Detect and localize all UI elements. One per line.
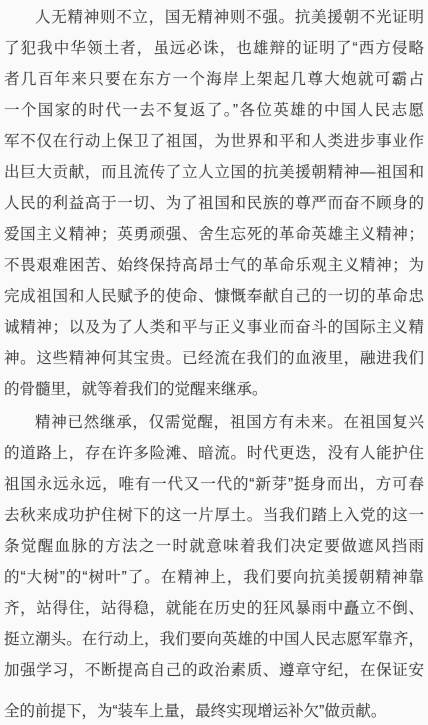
text-line: 祖国永远永远，唯有一代又一代的“新芽”挺身而出，方可春 <box>4 469 424 500</box>
text-line: 完成祖国和人民赋予的使命、慷慨奉献自己的一切的革命忠 <box>4 281 424 312</box>
text-line: 军不仅在行动上保卫了祖国，为世界和平和人类进步事业作 <box>4 126 424 157</box>
text-line: 的道路上，存在许多险滩、暗流。时代更迭，没有人能护住 <box>4 438 424 469</box>
text-line: 人民的利益高于一切、为了祖国和民族的尊严而奋不顾身的 <box>4 188 424 219</box>
text-line: 齐，站得住，站得稳，就能在历史的狂风暴雨中矗立不倒、 <box>4 593 424 624</box>
text-line: 出巨大贡献，而且流传了立人立国的抗美援朝精神—祖国和 <box>4 157 424 188</box>
document-page: 人无精神则不立，国无精神则不强。抗美援朝不光证明 了犯我中华领土者，虽远必诛，也… <box>0 0 428 725</box>
text-line: 加强学习，不断提高自己的政治素质、遵章守纪，在保证安 <box>4 655 424 686</box>
text-line: 者几百年来只要在东方一个海岸上架起几尊大炮就可霸占 <box>4 64 424 95</box>
text-line: 去秋来成功护住树下的这一片厚土。当我们踏上入党的这一 <box>4 500 424 531</box>
text-line: 全的前提下，为“装车上量，最终实现增运补欠”做贡献。 <box>4 696 424 725</box>
text-line: 的“大树”的“树叶”了。在精神上，我们要向抗美援朝精神靠 <box>4 562 424 593</box>
text-line: 精神已然继承，仅需觉醒，祖国方有未来。在祖国复兴 <box>4 407 424 438</box>
text-line: 人无精神则不立，国无精神则不强。抗美援朝不光证明 <box>4 2 424 33</box>
text-line: 不畏艰难困苦、始终保持高昂士气的革命乐观主义精神；为 <box>4 250 424 281</box>
text-line: 爱国主义精神；英勇顽强、舍生忘死的革命英雄主义精神； <box>4 219 424 250</box>
text-line: 的骨髓里，就等着我们的觉醒来继承。 <box>4 374 424 405</box>
paragraph-2: 精神已然继承，仅需觉醒，祖国方有未来。在祖国复兴 的道路上，存在许多险滩、暗流。… <box>4 407 424 725</box>
text-line: 神。这些精神何其宝贵。已经流在我们的血液里，融进我们 <box>4 343 424 374</box>
text-line: 了犯我中华领土者，虽远必诛，也雄辩的证明了“西方侵略 <box>4 33 424 64</box>
text-line: 条觉醒血脉的方法之一时就意味着我们决定要做遮风挡雨 <box>4 531 424 562</box>
text-line: 诚精神；以及为了人类和平与正义事业而奋斗的国际主义精 <box>4 312 424 343</box>
text-line: 挺立潮头。在行动上，我们要向英雄的中国人民志愿军靠齐， <box>4 624 424 655</box>
paragraph-1: 人无精神则不立，国无精神则不强。抗美援朝不光证明 了犯我中华领土者，虽远必诛，也… <box>4 2 424 405</box>
text-line: 一个国家的时代一去不复返了。”各位英雄的中国人民志愿 <box>4 95 424 126</box>
